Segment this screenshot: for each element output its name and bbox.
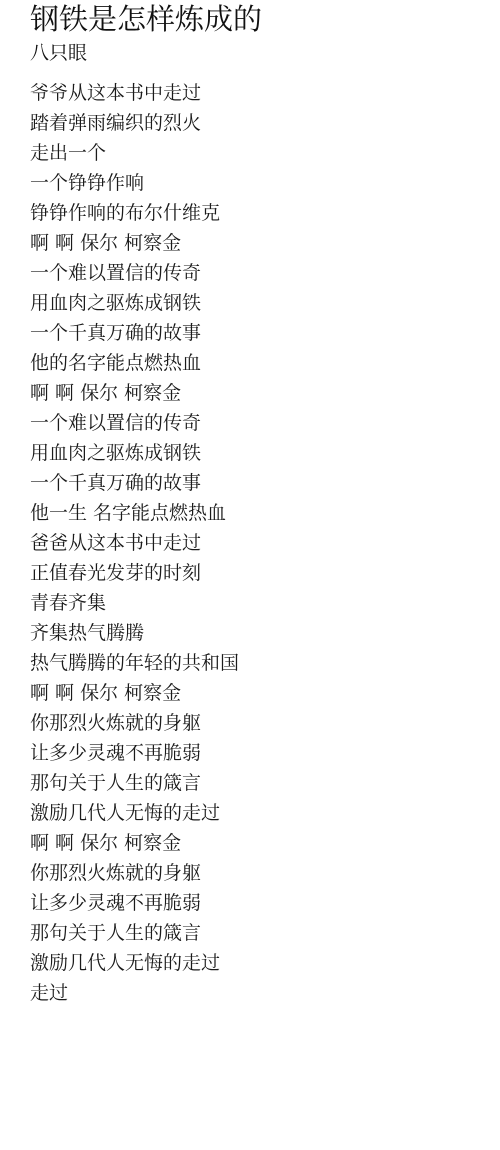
lyric-line: 爷爷从这本书中走过 xyxy=(30,78,239,108)
lyric-line: 啊 啊 保尔 柯察金 xyxy=(30,228,239,258)
lyric-line: 一个千真万确的故事 xyxy=(30,468,239,498)
lyric-line: 他一生 名字能点燃热血 xyxy=(30,498,239,528)
lyric-line: 你那烈火炼就的身躯 xyxy=(30,708,239,738)
lyric-line: 一个铮铮作响 xyxy=(30,168,239,198)
lyric-line: 一个难以置信的传奇 xyxy=(30,258,239,288)
lyric-line: 青春齐集 xyxy=(30,588,239,618)
lyric-line: 爸爸从这本书中走过 xyxy=(30,528,239,558)
lyric-line: 正值春光发芽的时刻 xyxy=(30,558,239,588)
lyric-line: 一个千真万确的故事 xyxy=(30,318,239,348)
lyric-line: 用血肉之驱炼成钢铁 xyxy=(30,288,239,318)
lyric-line: 激励几代人无悔的走过 xyxy=(30,798,239,828)
lyric-line: 走出一个 xyxy=(30,138,239,168)
lyric-line: 铮铮作响的布尔什维克 xyxy=(30,198,239,228)
lyric-line: 用血肉之驱炼成钢铁 xyxy=(30,438,239,468)
song-title: 钢铁是怎样炼成的 xyxy=(30,0,262,38)
lyric-line: 让多少灵魂不再脆弱 xyxy=(30,888,239,918)
lyric-line: 啊 啊 保尔 柯察金 xyxy=(30,378,239,408)
lyric-line: 齐集热气腾腾 xyxy=(30,618,239,648)
artist-name: 八只眼 xyxy=(30,39,87,67)
lyric-line: 那句关于人生的箴言 xyxy=(30,768,239,798)
lyric-line: 一个难以置信的传奇 xyxy=(30,408,239,438)
lyric-line: 啊 啊 保尔 柯察金 xyxy=(30,828,239,858)
lyric-line: 走过 xyxy=(30,978,239,1008)
lyric-line: 踏着弹雨编织的烈火 xyxy=(30,108,239,138)
lyric-line: 热气腾腾的年轻的共和国 xyxy=(30,648,239,678)
lyric-line: 让多少灵魂不再脆弱 xyxy=(30,738,239,768)
lyric-line: 啊 啊 保尔 柯察金 xyxy=(30,678,239,708)
lyric-line: 激励几代人无悔的走过 xyxy=(30,948,239,978)
lyric-line: 那句关于人生的箴言 xyxy=(30,918,239,948)
lyric-line: 他的名字能点燃热血 xyxy=(30,348,239,378)
lyrics-list: 爷爷从这本书中走过踏着弹雨编织的烈火走出一个一个铮铮作响铮铮作响的布尔什维克啊 … xyxy=(30,78,239,1008)
lyric-line: 你那烈火炼就的身躯 xyxy=(30,858,239,888)
